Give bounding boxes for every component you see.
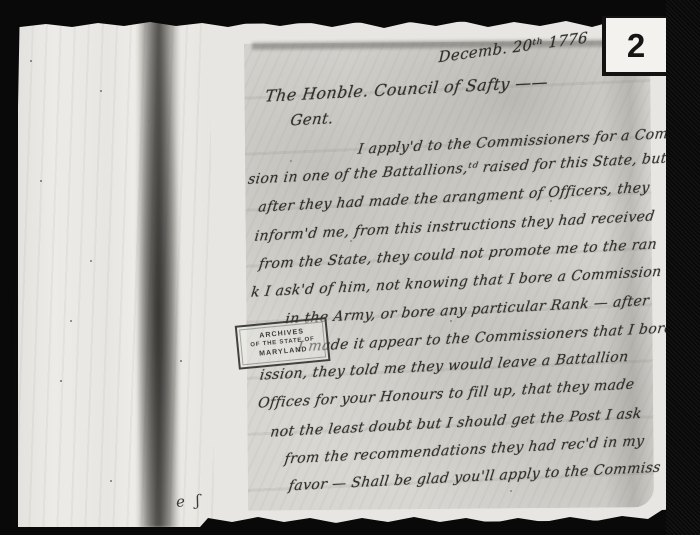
right-film-margin — [666, 0, 700, 535]
paper-specks — [30, 60, 32, 62]
page-number: 2 — [627, 29, 645, 62]
document-page: Decemb. 20ᵗʰ 1776 The Honble. Council of… — [210, 20, 670, 524]
left-film-margin — [0, 0, 20, 535]
left-page-strip — [18, 20, 218, 528]
page-number-box: 2 — [602, 16, 666, 76]
greeting-line: Gent. — [289, 109, 335, 129]
fold-shadow — [136, 20, 180, 528]
microfilm-scan: { "document": { "page_number": "2", "dat… — [0, 0, 700, 535]
archives-stamp: ARCHIVES OF THE STATE OF MARYLAND — [235, 317, 331, 370]
ink-fragment: e ʃ — [175, 491, 203, 511]
